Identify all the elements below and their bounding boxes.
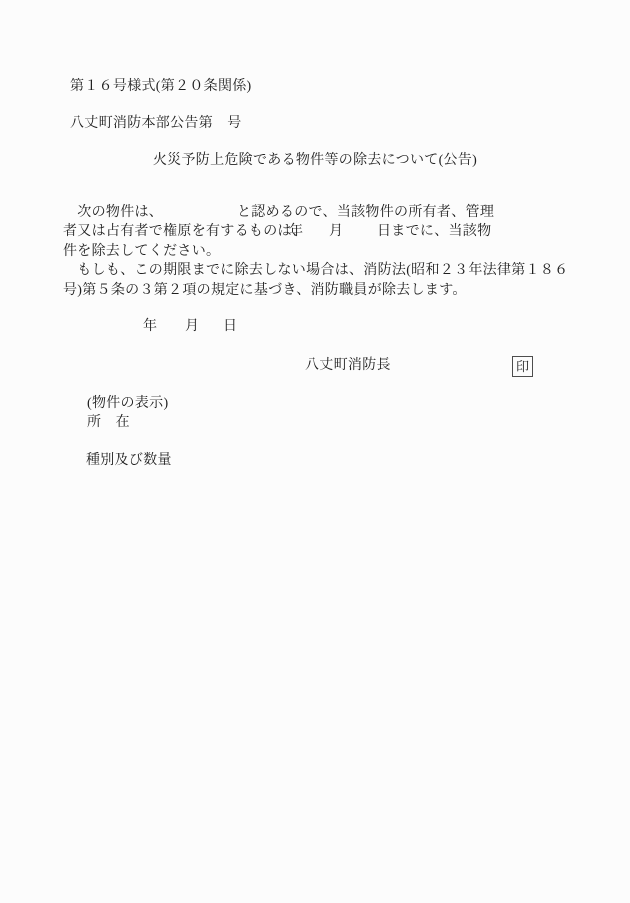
para-line-2-pre: 者又は占有者で権原を有するものは、 xyxy=(63,222,306,241)
date-year-label: 年 xyxy=(143,317,157,336)
document-page: 第１６号様式(第２０条関係) 八丈町消防本部公告第 号 火災予防上危険である物件… xyxy=(0,0,630,903)
location-label: 所 在 xyxy=(87,413,130,432)
para-line-1-post: と認めるので、当該物件の所有者、管理 xyxy=(237,203,494,222)
property-section-heading: (物件の表示) xyxy=(87,394,168,413)
seal-character: 印 xyxy=(516,360,529,373)
para-line-3: 件を除去してください。 xyxy=(63,242,220,261)
para-line-5: 号)第５条の３第２項の規定に基づき、消防職員が除去します。 xyxy=(63,281,467,300)
issuer-name: 八丈町消防長 xyxy=(305,356,391,375)
date-day-label: 日 xyxy=(223,317,237,336)
para-line-2-year: 年 xyxy=(289,222,303,241)
para-line-1: 次の物件は、 と認めるので、当該物件の所有者、管理 xyxy=(0,203,630,222)
para-line-2: 者又は占有者で権原を有するものは、 年 月 日までに、当該物 xyxy=(0,222,630,241)
type-quantity-label: 種別及び数量 xyxy=(86,451,172,470)
document-title: 火災予防上危険である物件等の除去について(公告) xyxy=(0,151,630,170)
para-line-1-pre: 次の物件は、 xyxy=(63,203,163,222)
notice-number: 八丈町消防本部公告第 号 xyxy=(70,114,242,133)
seal-stamp-box: 印 xyxy=(512,356,533,377)
date-line: 年 月 日 xyxy=(0,317,630,336)
para-line-2-month: 月 xyxy=(329,222,343,241)
para-line-4: もしも、この期限までに除去しない場合は、消防法(昭和２３年法律第１８６ xyxy=(63,261,568,280)
date-month-label: 月 xyxy=(185,317,199,336)
form-number: 第１６号様式(第２０条関係) xyxy=(70,77,252,96)
para-line-2-post: 日までに、当該物 xyxy=(377,222,491,241)
